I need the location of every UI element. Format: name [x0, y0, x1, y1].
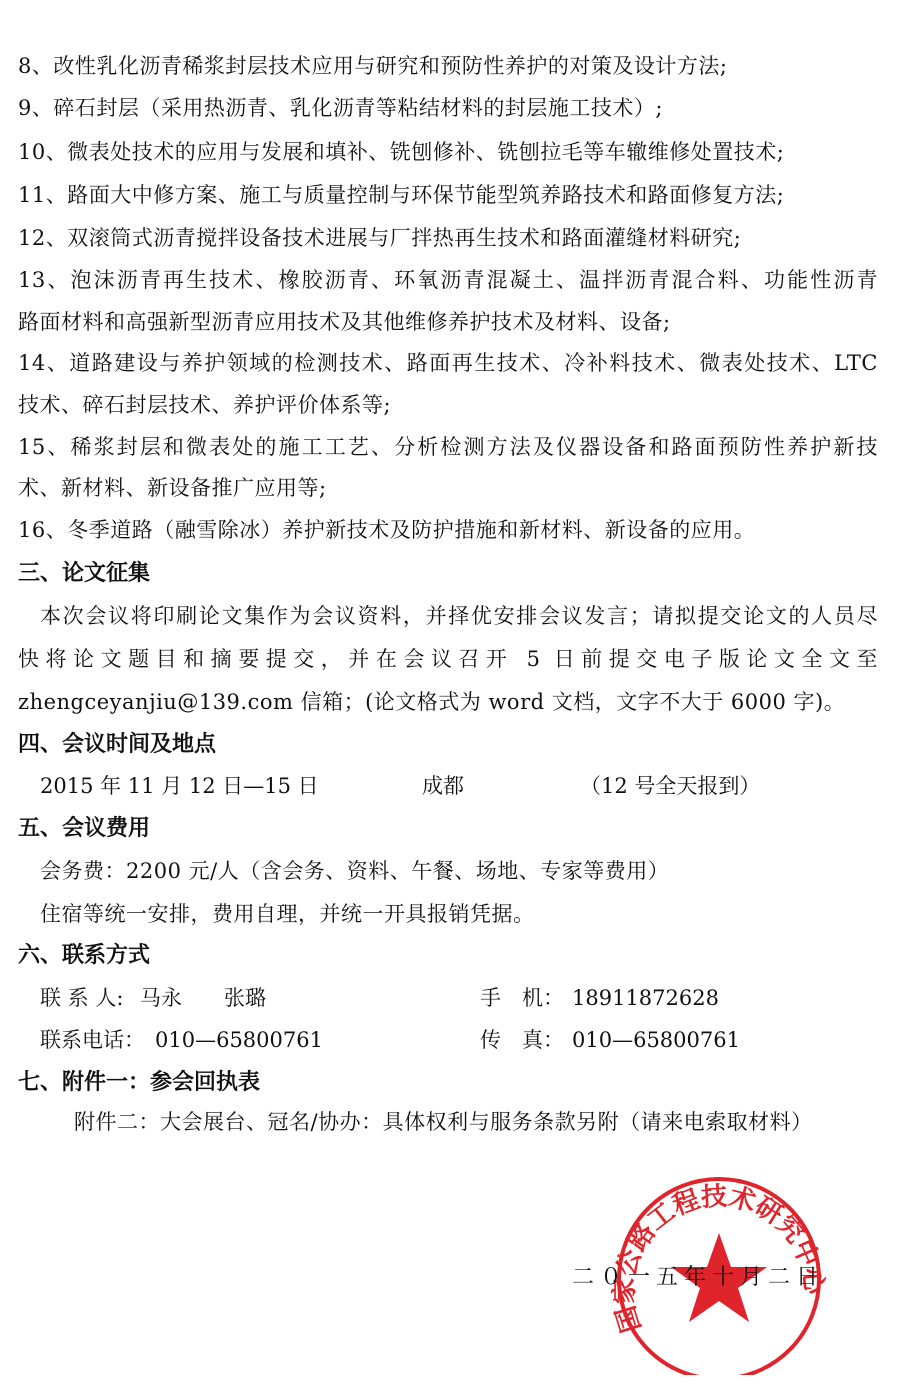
papers-text-line3: zhengceyanjiu@139.com 信箱；(论文格式为 word 文档，… — [18, 688, 845, 716]
topic-13-line1: 13、泡沫沥青再生技术、橡胶沥青、环氧沥青混凝土、温拌沥青混合料、功能性沥青 — [18, 266, 878, 294]
topic-14-line2: 技术、碎石封层技术、养护评价体系等; — [18, 391, 391, 419]
lodging-note: 住宿等统一安排，费用自理，并统一开具报销凭据。 — [40, 900, 535, 928]
mobile-label: 手 机： — [480, 984, 564, 1012]
mobile-value: 18911872628 — [572, 984, 719, 1012]
papers-text-line2: 快将论文题目和摘要提交，并在会议召开 5 日前提交电子版论文全文至 — [18, 645, 878, 673]
contact-person-label: 联 系 人: — [40, 984, 123, 1012]
topic-14-line1: 14、道路建设与养护领域的检测技术、路面再生技术、冷补料技术、微表处技术、LTC — [18, 349, 878, 377]
topic-15-line1: 15、稀浆封层和微表处的施工工艺、分析检测方法及仪器设备和路面预防性养护新技 — [18, 433, 878, 461]
meeting-date: 2015 年 11 月 12 日—15 日 — [40, 772, 319, 800]
meeting-fee: 会务费：2200 元/人（含会务、资料、午餐、场地、专家等费用） — [40, 857, 669, 885]
fax-value: 010—65800761 — [572, 1026, 740, 1054]
topic-12: 12、双滚筒式沥青搅拌设备技术进展与厂拌热再生技术和路面灌缝材料研究; — [18, 224, 741, 252]
phone-label: 联系电话： — [40, 1026, 145, 1054]
meeting-place: 成都 — [422, 772, 464, 800]
topic-8: 8、改性乳化沥青稀浆封层技术应用与研究和预防性养护的对策及设计方法; — [18, 52, 727, 80]
section-contact-heading: 六、联系方式 — [18, 942, 150, 970]
contact-person-value: 马永 张璐 — [140, 984, 266, 1012]
topic-11: 11、路面大中修方案、施工与质量控制与环保节能型筑养路技术和路面修复方法; — [18, 181, 784, 209]
section-fees-heading: 五、会议费用 — [18, 815, 150, 843]
topic-10: 10、微表处技术的应用与发展和填补、铣刨修补、铣刨拉毛等车辙维修处置技术; — [18, 138, 784, 166]
topic-16: 16、冬季道路（融雪除冰）养护新技术及防护措施和新材料、新设备的应用。 — [18, 516, 755, 544]
topic-13-line2: 路面材料和高强新型沥青应用技术及其他维修养护技术及材料、设备; — [18, 308, 671, 336]
topic-15-line2: 术、新材料、新设备推广应用等; — [18, 474, 327, 502]
topic-9: 9、碎石封层（采用热沥青、乳化沥青等粘结材料的封层施工技术）; — [18, 94, 663, 122]
section-time-place-heading: 四、会议时间及地点 — [18, 731, 216, 759]
section-papers-heading: 三、论文征集 — [18, 560, 150, 588]
section-attachments-heading: 七、附件一：参会回执表 — [18, 1069, 260, 1097]
papers-text-line1: 本次会议将印刷论文集作为会议资料，并择优安排会议发言；请拟提交论文的人员尽 — [40, 602, 878, 630]
fax-label: 传 真： — [480, 1026, 564, 1054]
attachment-two: 附件二：大会展台、冠名/协办：具体权利与服务条款另附（请来电索取材料） — [74, 1108, 813, 1136]
phone-value: 010—65800761 — [155, 1026, 323, 1054]
signature-date: 二０一五年十月二日 — [572, 1264, 824, 1292]
meeting-checkin-note: （12 号全天报到） — [580, 772, 760, 800]
